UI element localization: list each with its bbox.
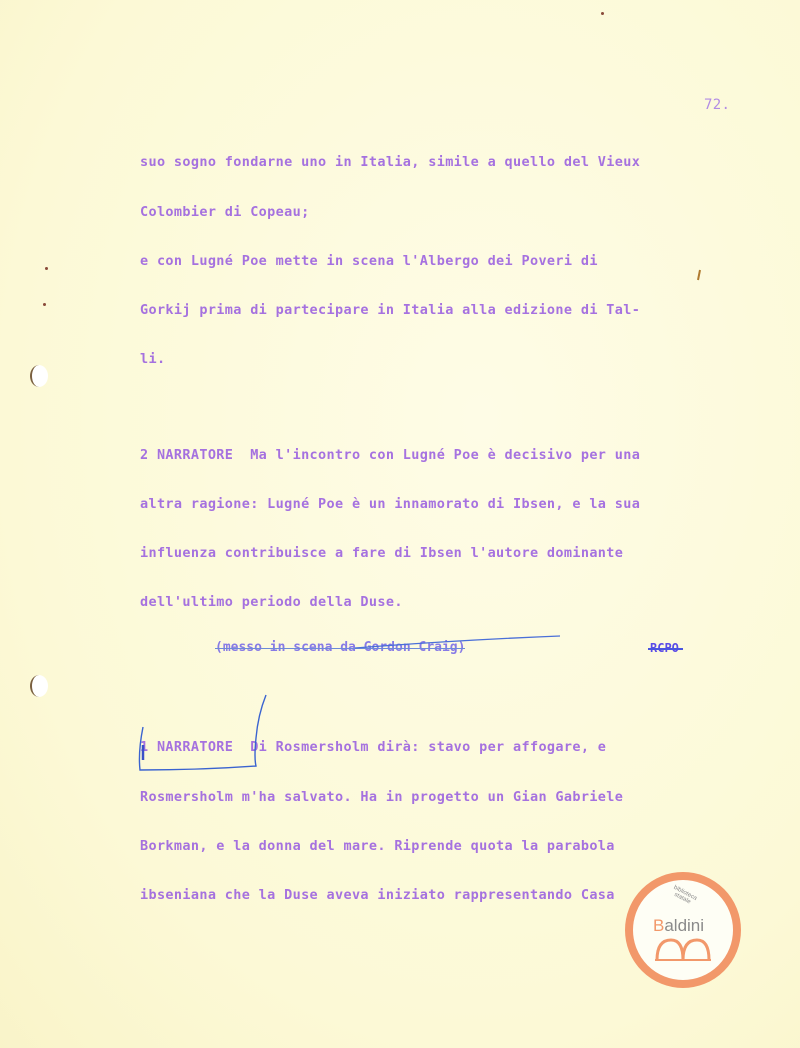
text-line: dell'ultimo periodo della Duse. [140, 594, 403, 610]
text-line: Borkman, e la donna del mare. Riprende q… [140, 838, 615, 854]
library-stamp: biblioteca statale Baldini [625, 872, 741, 988]
punch-hole [30, 365, 48, 387]
stamp-name-initial: B [653, 916, 664, 935]
text-line: Gorkij prima di partecipare in Italia al… [140, 302, 640, 318]
stamp-name-rest: aldini [664, 916, 704, 935]
text-line: ibseniana che la Duse aveva iniziato rap… [140, 887, 615, 903]
text-line: Rosmersholm m'ha salvato. Ha in progetto… [140, 789, 623, 805]
text-line-speaker-2: 2 NARRATORE Ma l'incontro con Lugné Poe … [140, 447, 640, 463]
struck-through-tag: RCPO [650, 641, 679, 655]
stamp-library-name: Baldini [653, 916, 704, 936]
paper-speck [45, 267, 48, 270]
text-line: suo sogno fondarne uno in Italia, simile… [140, 154, 640, 170]
paper-speck [43, 303, 46, 306]
struck-through-note: (messo in scena da Gordon Craig) [215, 640, 465, 655]
punch-hole [30, 675, 48, 697]
text-line-speaker-1: 1 NARRATORE Di Rosmersholm dirà: stavo p… [140, 739, 606, 755]
text-line: Colombier di Copeau; [140, 204, 310, 220]
open-book-icon [653, 936, 713, 962]
document-page: 72. suo sogno fondarne uno in Italia, si… [0, 0, 800, 1048]
text-line: influenza contribuisce a fare di Ibsen l… [140, 545, 623, 561]
paper-speck [601, 12, 604, 15]
page-number: 72. [704, 97, 730, 113]
text-line: e con Lugné Poe mette in scena l'Albergo… [140, 253, 598, 269]
text-line: li. [140, 351, 165, 367]
text-line: altra ragione: Lugné Poe è un innamorato… [140, 496, 640, 512]
